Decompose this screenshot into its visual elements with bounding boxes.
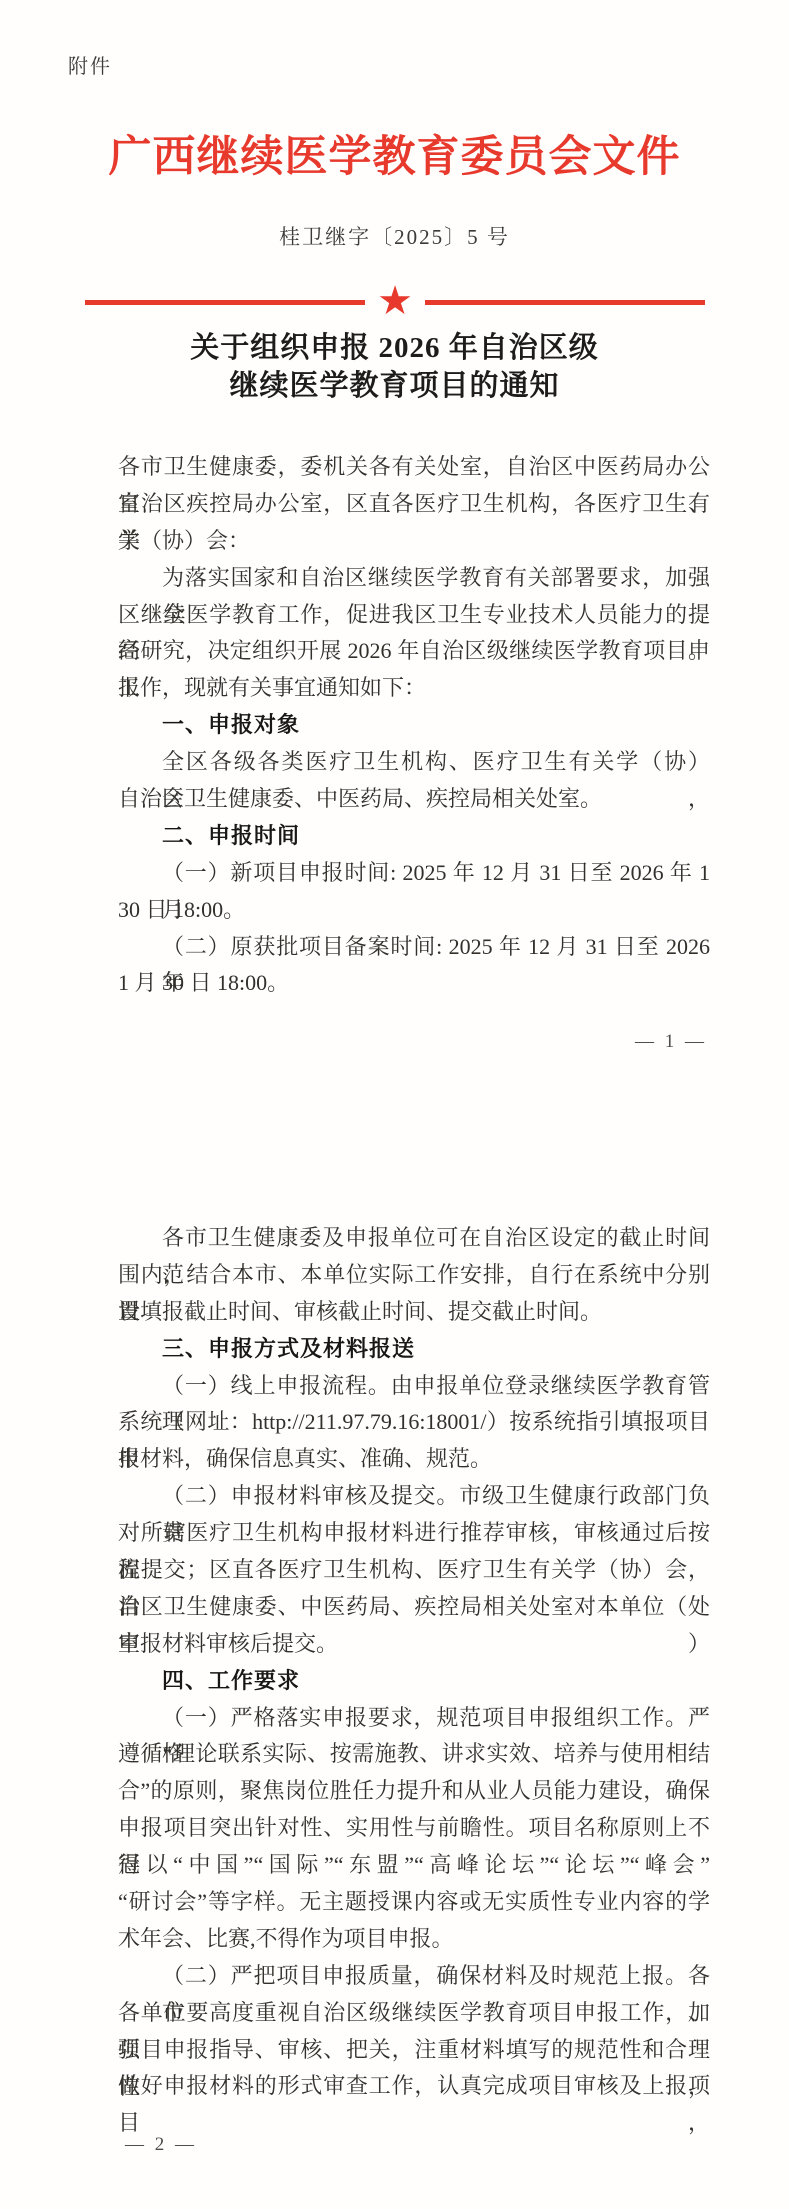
body-line: 30 日 18:00。 — [118, 892, 710, 929]
notice-title-line2: 继续医学教育项目的通知 — [0, 367, 789, 405]
body-line: 为落实国家和自治区继续医学教育有关部署要求，加强全 — [118, 560, 710, 597]
page2-footer: — 2 — — [125, 2134, 197, 2156]
body-line: 经研究，决定组织开展 2026 年自治区级继续医学教育项目申报 — [118, 633, 710, 670]
red-divider-rule: ★ — [85, 282, 705, 322]
body-line: 遵循“理论联系实际、按需施教、讲求实效、培养与使用相结 — [118, 1736, 710, 1773]
body-line: 治区卫生健康委、中医药局、疾控局相关处室对本单位（处室） — [118, 1589, 710, 1626]
body-line: （二）申报材料审核及提交。市级卫生健康行政部门负责 — [118, 1478, 710, 1515]
body-line: 二、申报时间 — [118, 818, 710, 855]
body-line: “研讨会”等字样。无主题授课内容或无实质性专业内容的学 — [118, 1884, 710, 1921]
body-line: 四、工作要求 — [118, 1663, 710, 1700]
body-line: 冠以“中国”“国际”“东盟”“高峰论坛”“论坛”“峰会” — [118, 1847, 710, 1884]
masthead-title: 广西继续医学教育委员会文件 — [0, 133, 789, 183]
body-line: 各单位要高度重视自治区级继续医学教育项目申报工作，加强 — [118, 1995, 710, 2032]
page1-body: 各市卫生健康委，委机关各有关处室，自治区中医药局办公室、 自治区疾控局办公室，区… — [118, 449, 710, 1002]
page1-footer: — 1 — — [635, 1031, 707, 1053]
body-line: 申报项目突出针对性、实用性与前瞻性。项目名称原则上不得 — [118, 1810, 710, 1847]
attachment-label: 附件 — [68, 50, 112, 79]
red-rule-right-segment — [425, 300, 705, 305]
star-icon: ★ — [377, 281, 413, 321]
notice-title-line1: 关于组织申报 2026 年自治区级 — [0, 329, 789, 367]
body-line: 一、申报对象 — [118, 707, 710, 744]
notice-title: 关于组织申报 2026 年自治区级 继续医学教育项目的通知 — [0, 329, 789, 405]
page2-body: 各市卫生健康委及申报单位可在自治区设定的截止时间范 围内，结合本市、本单位实际工… — [118, 1220, 710, 2105]
body-line: 1 月 30 日 18:00。 — [118, 965, 710, 1002]
body-line: （二）原获批项目备案时间: 2025 年 12 月 31 日至 2026 年 — [118, 929, 710, 966]
document-page: 附件 广西继续医学教育委员会文件 桂卫继字〔2025〕5 号 ★ 关于组织申报 … — [0, 0, 789, 2209]
body-line: 工作，现就有关事宜通知如下： — [118, 670, 710, 707]
body-line: 系统（网址：http://211.97.79.16:18001/）按系统指引填报… — [118, 1404, 710, 1441]
body-line: 区继续医学教育工作，促进我区卫生专业技术人员能力的提高。 — [118, 597, 710, 634]
body-line: （二）严把项目申报质量，确保材料及时规范上报。各市、 — [118, 1958, 710, 1995]
body-line: 项目申报指导、审核、把关，注重材料填写的规范性和合理性， — [118, 2032, 710, 2069]
body-line: 程提交；区直各医疗卫生机构、医疗卫生有关学（协）会，自 — [118, 1552, 710, 1589]
body-line: （一）严格落实申报要求，规范项目申报组织工作。严格 — [118, 1700, 710, 1737]
body-line: 各市卫生健康委，委机关各有关处室，自治区中医药局办公室、 — [118, 449, 710, 486]
body-line: （一）线上申报流程。由申报单位登录继续医学教育管理 — [118, 1368, 710, 1405]
body-line: 做好申报材料的形式审查工作，认真完成项目审核及上报项目， — [118, 2068, 710, 2105]
body-line: （一）新项目申报时间: 2025 年 12 月 31 日至 2026 年 1 月 — [118, 855, 710, 892]
body-line: 全区各级各类医疗卫生机构、医疗卫生有关学（协）会， — [118, 744, 710, 781]
body-line: 自治区疾控局办公室，区直各医疗卫生机构，各医疗卫生有关 — [118, 486, 710, 523]
body-line: 三、申报方式及材料报送 — [118, 1331, 710, 1368]
doc-number: 桂卫继字〔2025〕5 号 — [0, 222, 789, 252]
body-line: 围内，结合本市、本单位实际工作安排，自行在系统中分别设 — [118, 1257, 710, 1294]
body-line: 置填报截止时间、审核截止时间、提交截止时间。 — [118, 1294, 710, 1331]
red-rule-left-segment — [85, 300, 365, 305]
body-line: 对所辖医疗卫生机构申报材料进行推荐审核，审核通过后按流 — [118, 1515, 710, 1552]
body-line: 各市卫生健康委及申报单位可在自治区设定的截止时间范 — [118, 1220, 710, 1257]
body-line: 学（协）会： — [118, 523, 710, 560]
body-line: 报材料，确保信息真实、准确、规范。 — [118, 1441, 710, 1478]
body-line: 合”的原则，聚焦岗位胜任力提升和从业人员能力建设，确保 — [118, 1773, 710, 1810]
body-line: 术年会、比赛,不得作为项目申报。 — [118, 1921, 710, 1958]
